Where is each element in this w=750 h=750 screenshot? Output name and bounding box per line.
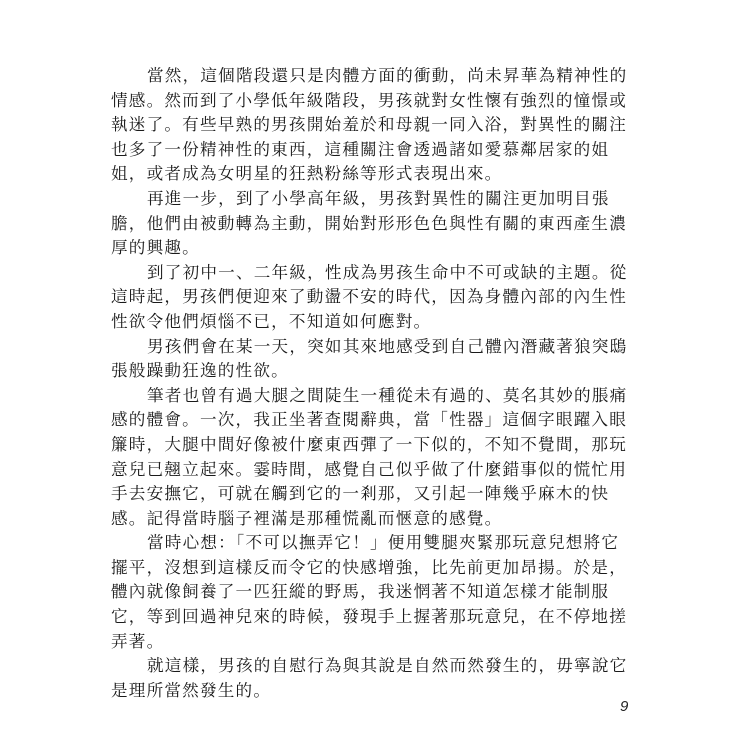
paragraph-5: 筆者也曾有過大腿之間陡生一種從未有過的、莫名其妙的脹痛 感的體會。一次，我正坐著… — [111, 384, 651, 532]
text-line: 情感。然而到了小學低年級階段，男孩就對女性懷有強烈的憧憬或 — [111, 89, 651, 114]
text-line: 筆者也曾有過大腿之間陡生一種從未有過的、莫名其妙的脹痛 — [111, 384, 651, 409]
text-line: 再進一步，到了小學高年級，男孩對異性的關注更加明目張 — [111, 187, 651, 212]
text-line: 就這樣，男孩的自慰行為與其說是自然而然發生的，毋寧說它 — [111, 654, 651, 679]
paragraph-2: 再進一步，到了小學高年級，男孩對異性的關注更加明目張 膽，他們由被動轉為主動，開… — [111, 187, 651, 261]
paragraph-3: 到了初中一、二年級，性成為男孩生命中不可或缺的主題。從 這時起，男孩們便迎來了動… — [111, 261, 651, 335]
paragraph-6: 當時心想：「不可以撫弄它！」便用雙腿夾緊那玩意兒想將它 擺平，沒想到這樣反而令它… — [111, 531, 651, 654]
text-line: 性欲令他們煩惱不已，不知道如何應對。 — [111, 310, 651, 335]
text-line: 當時心想：「不可以撫弄它！」便用雙腿夾緊那玩意兒想將它 — [111, 531, 651, 556]
paragraph-7: 就這樣，男孩的自慰行為與其說是自然而然發生的，毋寧說它 是理所當然發生的。 — [111, 654, 651, 703]
book-page: 當然，這個階段還只是肉體方面的衝動，尚未昇華為精神性的 情感。然而到了小學低年級… — [0, 0, 750, 750]
paragraph-4: 男孩們會在某一天，突如其來地感受到自己體內潛藏著狼突鴟 張般躁動狂逸的性欲。 — [111, 335, 651, 384]
text-line: 到了初中一、二年級，性成為男孩生命中不可或缺的主題。從 — [111, 261, 651, 286]
text-line: 簾時，大腿中間好像被什麼東西彈了一下似的，不知不覺間，那玩 — [111, 433, 651, 458]
text-line: 擺平，沒想到這樣反而令它的快感增強，比先前更加昂揚。於是， — [111, 556, 651, 581]
text-line: 意兒已翹立起來。霎時間，感覺自己似乎做了什麼錯事似的慌忙用 — [111, 458, 651, 483]
paragraph-1: 當然，這個階段還只是肉體方面的衝動，尚未昇華為精神性的 情感。然而到了小學低年級… — [111, 64, 651, 187]
text-line: 男孩們會在某一天，突如其來地感受到自己體內潛藏著狼突鴟 — [111, 335, 651, 360]
text-line: 手去安撫它，可就在觸到它的一剎那，又引起一陣幾乎麻木的快 — [111, 482, 651, 507]
text-line: 厚的興趣。 — [111, 236, 651, 261]
text-line: 體內就像飼養了一匹狂縱的野馬，我迷惘著不知道怎樣才能制服 — [111, 580, 651, 605]
text-line: 弄著。 — [111, 630, 651, 655]
text-line: 它，等到回過神兒來的時候，發現手上握著那玩意兒，在不停地搓 — [111, 605, 651, 630]
text-line: 是理所當然發生的。 — [111, 679, 651, 704]
body-text: 當然，這個階段還只是肉體方面的衝動，尚未昇華為精神性的 情感。然而到了小學低年級… — [111, 64, 651, 703]
text-line: 姐，或者成為女明星的狂熱粉絲等形式表現出來。 — [111, 162, 651, 187]
page-number: 9 — [620, 698, 628, 715]
text-line: 這時起，男孩們便迎來了動盪不安的時代，因為身體內部的內生性 — [111, 285, 651, 310]
text-line: 張般躁動狂逸的性欲。 — [111, 359, 651, 384]
text-line: 膽，他們由被動轉為主動，開始對形形色色與性有關的東西產生濃 — [111, 212, 651, 237]
text-line: 感的體會。一次，我正坐著查閱辭典，當「性器」這個字眼躍入眼 — [111, 408, 651, 433]
text-line: 也多了一份精神性的東西，這種關注會透過諸如愛慕鄰居家的姐 — [111, 138, 651, 163]
text-line: 執迷了。有些早熟的男孩開始羞於和母親一同入浴，對異性的關注 — [111, 113, 651, 138]
text-line: 當然，這個階段還只是肉體方面的衝動，尚未昇華為精神性的 — [111, 64, 651, 89]
text-line: 感。記得當時腦子裡滿是那種慌亂而愜意的感覺。 — [111, 507, 651, 532]
